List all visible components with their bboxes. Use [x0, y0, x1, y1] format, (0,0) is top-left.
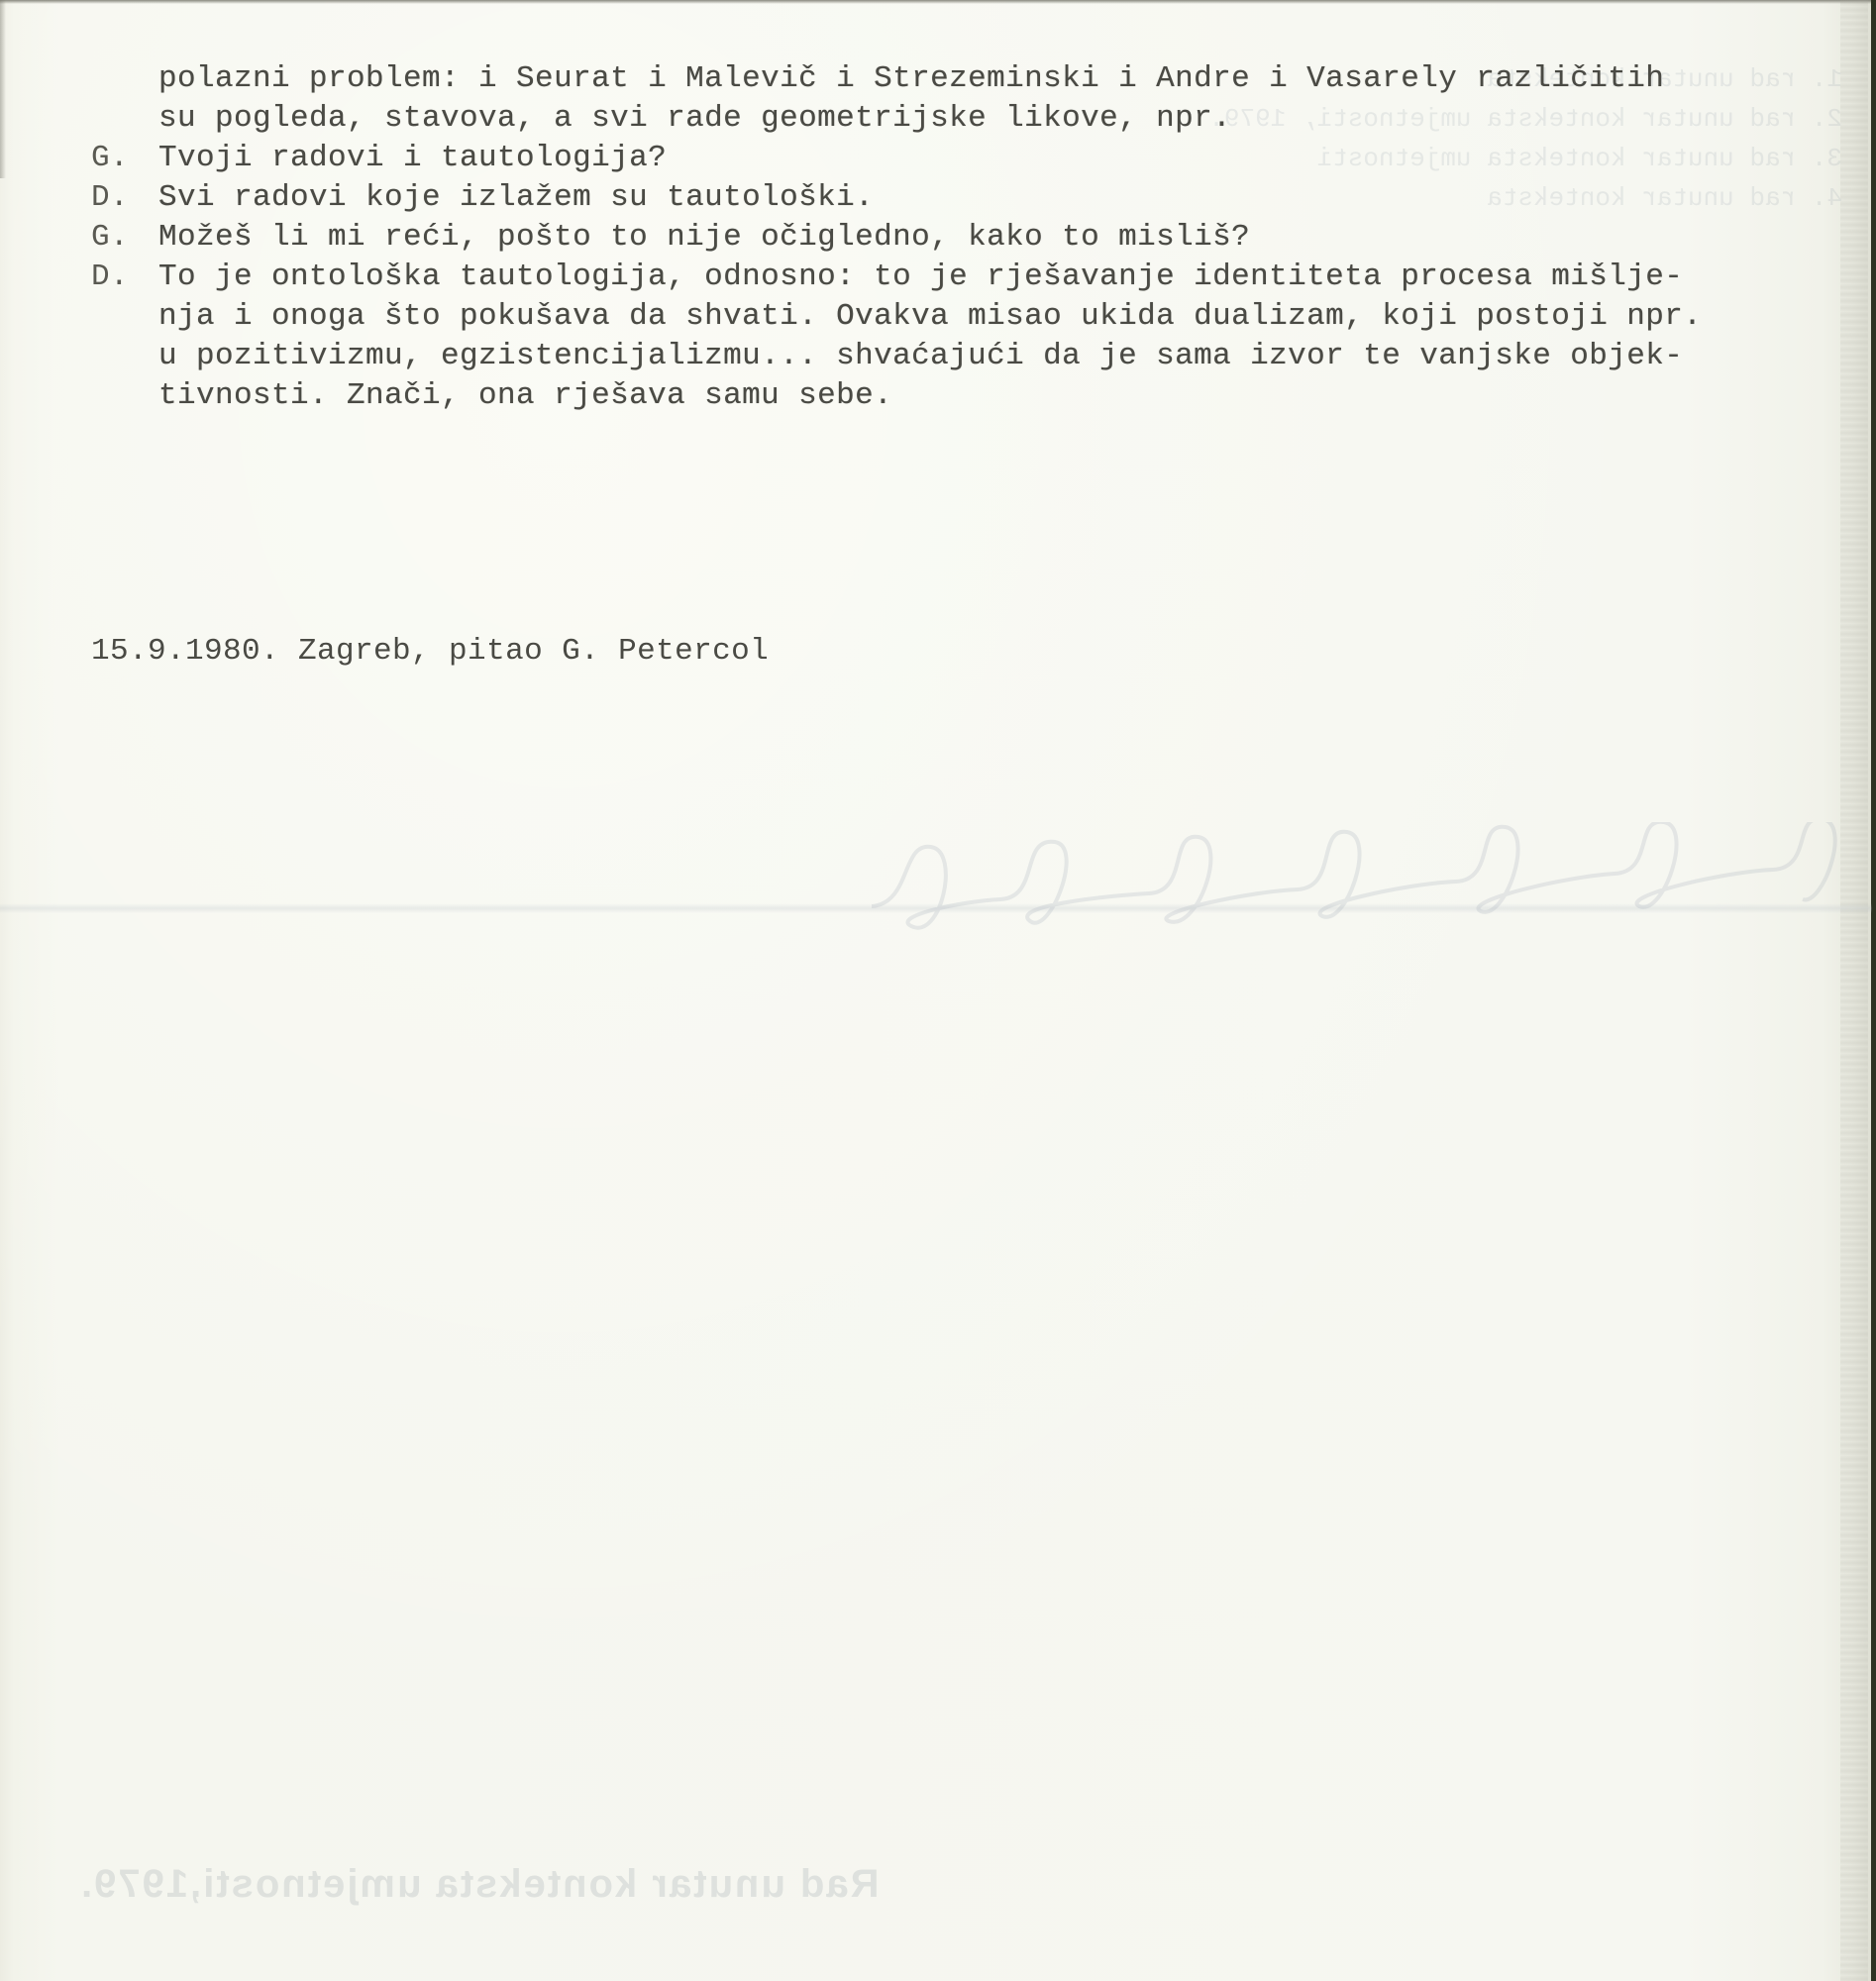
dialogue-line: Tvoji radovi i tautologija? — [158, 139, 667, 178]
continuation-line: polazni problem: i Seurat i Malevič i St… — [158, 59, 1664, 99]
scanned-page: 1. rad unutar konteksta2. rad unutar kon… — [0, 0, 1876, 1981]
page-fold-strip — [1840, 0, 1868, 1981]
dialogue-line: tivnosti. Znači, ona rješava samu sebe. — [158, 376, 892, 416]
page-top-edge — [0, 0, 1876, 4]
speaker-label: D. — [91, 258, 129, 297]
show-through-list-item: 3. rad unutar konteksta umjetnosti — [1585, 139, 1842, 178]
continuation-line: su pogleda, stavova, a svi rade geometri… — [158, 99, 1231, 139]
show-through-list-item: 2. rad unutar konteksta umjetnosti, 1979… — [1585, 99, 1842, 139]
speaker-label: G. — [91, 139, 129, 178]
dialogue-line: To je ontološka tautologija, odnosno: to… — [158, 258, 1683, 297]
speaker-label: D. — [91, 178, 129, 218]
show-through-list-item: 4. rad unutar konteksta — [1585, 178, 1842, 218]
date-place-signature: 15.9.1980. Zagreb, pitao G. Petercol — [91, 632, 769, 672]
show-through-wave-drawing — [872, 822, 1872, 951]
dialogue-line: u pozitivizmu, egzistencijalizmu... shva… — [158, 337, 1683, 376]
dialogue-line: Svi radovi koje izlažem su tautološki. — [158, 178, 874, 218]
dialogue-line: Možeš li mi reći, pošto to nije očigledn… — [158, 218, 1250, 258]
speaker-label: G. — [91, 218, 129, 258]
dialogue-line: nja i onoga što pokušava da shvati. Ovak… — [158, 297, 1702, 337]
page-right-border — [1871, 0, 1876, 1981]
page-left-edge — [0, 0, 6, 178]
show-through-caption: Rad unutar konteksta umjetnosti,1979. — [79, 1862, 880, 1907]
